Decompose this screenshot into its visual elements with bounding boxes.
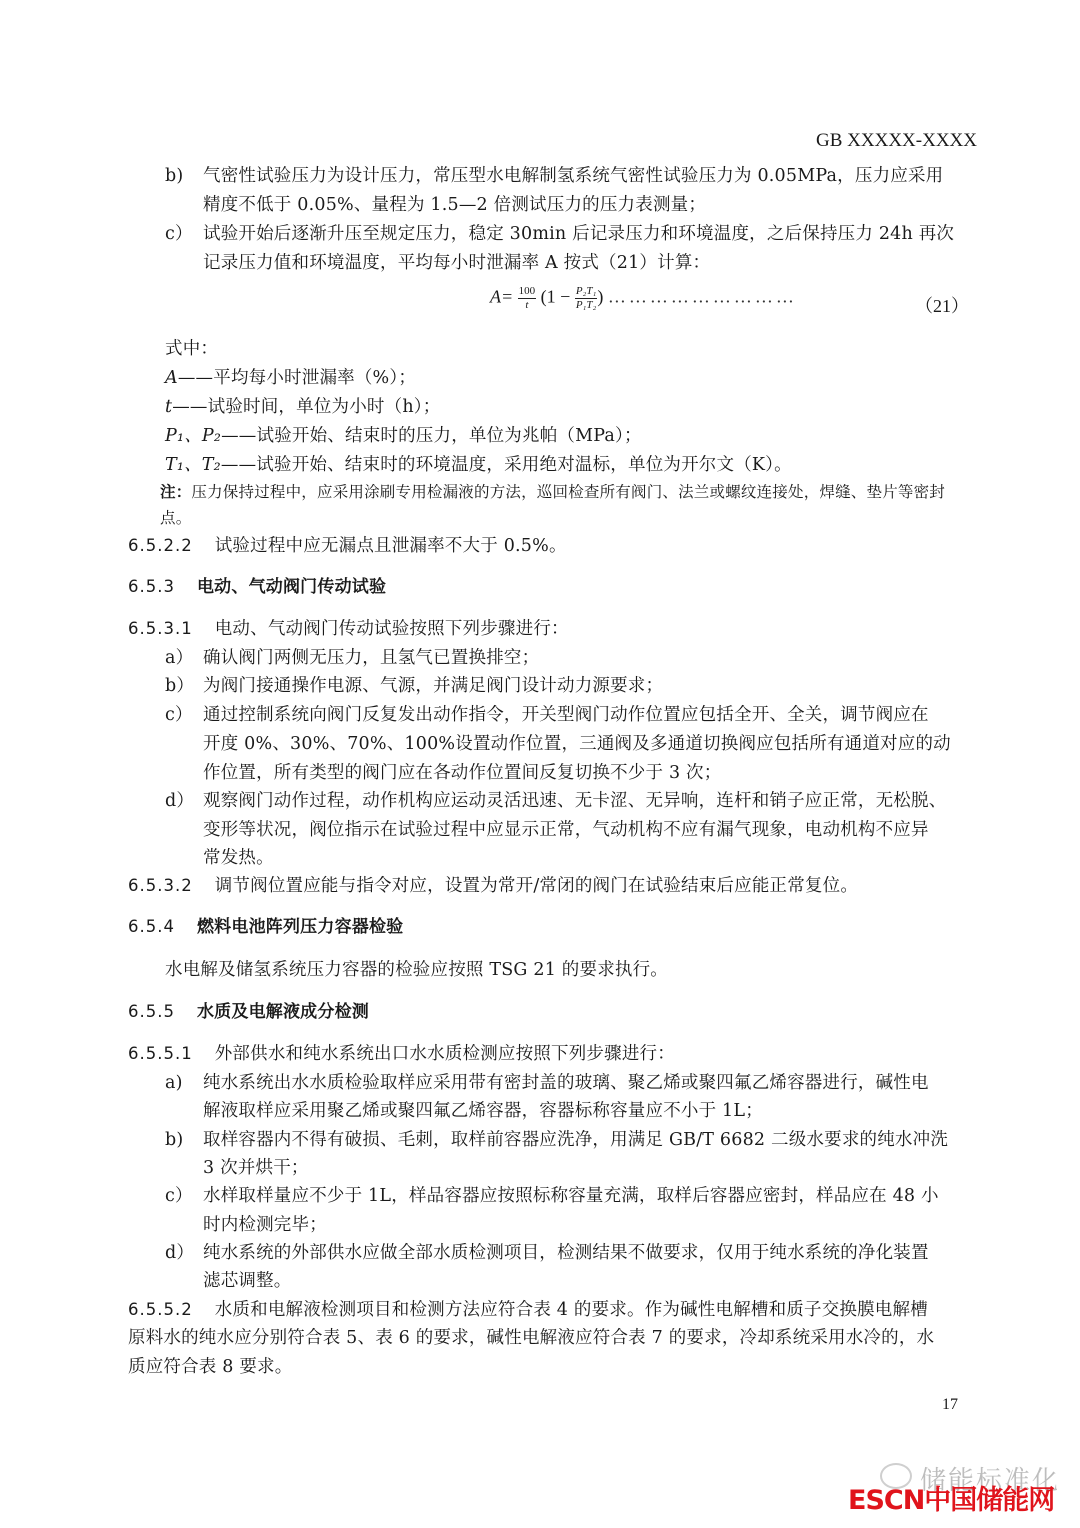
clause-number: 6.5.5.2 — [128, 1300, 193, 1319]
formula-mid: (1 − — [541, 287, 571, 307]
list-item-a: a)纯水系统出水水质检验取样应采用带有密封盖的玻璃、聚乙烯或聚四氟乙烯容器进行，… — [165, 1069, 929, 1097]
clause-6-5-3-2: 6.5.3.2调节阀位置应能与指令对应，设置为常开/常闭的阀门在试验结束后应能正… — [128, 872, 858, 900]
item-text-continued: 变形等状况，阀位指示在试验过程中应显示正常，气动机构不应有漏气现象，电动机构不应… — [203, 816, 929, 844]
item-text-continued: 时内检测完毕； — [203, 1211, 327, 1239]
section-number: 6.5.4 — [128, 917, 175, 936]
clause-text: 试验过程中应无漏点且泄漏率不大于 0.5%。 — [215, 536, 567, 556]
item-text: 确认阀门两侧无压力，且氢气已置换排空； — [203, 648, 539, 668]
item-text-continued: 滤芯调整。 — [203, 1267, 292, 1295]
symbol: T₁、T₂ — [165, 455, 221, 475]
symbol: P₁、P₂ — [165, 426, 221, 446]
clause-6-5-2-2: 6.5.2.2试验过程中应无漏点且泄漏率不大于 0.5%。 — [128, 532, 567, 560]
list-item-c: c）水样取样量应不少于 1L，样品容器应按照标称容量充满，取样后容器应密封，样品… — [165, 1182, 939, 1210]
numerator: 100 — [518, 285, 537, 299]
definition-text: ——试验时间，单位为小时（h）； — [172, 397, 440, 417]
note-text: 压力保持过程中，应采用涂刷专用检漏液的方法，巡回检查所有阀门、法兰或螺纹连接处，… — [191, 483, 945, 501]
dot-leader: ……………………… — [608, 287, 797, 307]
item-text: 纯水系统出水水质检验取样应采用带有密封盖的玻璃、聚乙烯或聚四氟乙烯容器进行，碱性… — [203, 1073, 929, 1093]
item-label: d） — [165, 1239, 203, 1267]
denominator: t — [518, 299, 537, 312]
definition-text: ——试验开始、结束时的压力，单位为兆帕（MPa）； — [221, 426, 642, 446]
note: 注：压力保持过程中，应采用涂刷专用检漏液的方法，巡回检查所有阀门、法兰或螺纹连接… — [160, 478, 945, 506]
list-item-a: a）确认阀门两侧无压力，且氢气已置换排空； — [165, 644, 539, 672]
definition-text: ——平均每小时泄漏率（%）； — [178, 368, 416, 388]
denominator: P₁T₂ — [575, 299, 598, 312]
item-label: d） — [165, 787, 203, 815]
item-text-continued: 3 次并烘干； — [203, 1154, 309, 1182]
section-number: 6.5.3 — [128, 577, 175, 596]
fraction-pressure-temp: P₂T₁P₁T₂ — [575, 285, 598, 312]
clause-text: 调节阀位置应能与指令对应，设置为常开/常闭的阀门在试验结束后应能正常复位。 — [215, 876, 858, 896]
definition-t: t——试验时间，单位为小时（h）； — [165, 393, 440, 421]
item-label: b) — [165, 1126, 203, 1154]
clause-number: 6.5.3.2 — [128, 876, 193, 895]
item-text: 通过控制系统向阀门反复发出动作指令，开关型阀门动作位置应包括全开、全关，调节阀应… — [203, 705, 929, 725]
item-text: 取样容器内不得有破损、毛刺，取样前容器应洗净，用满足 GB/T 6682 二级水… — [203, 1130, 948, 1150]
note-text-continued: 点。 — [160, 504, 191, 532]
item-label: a) — [165, 1069, 203, 1097]
clause-text-continued: 质应符合表 8 要求。 — [128, 1353, 292, 1381]
item-label: b） — [165, 672, 203, 700]
clause-6-5-5-2: 6.5.5.2水质和电解液检测项目和检测方法应符合表 4 的要求。作为碱性电解槽… — [128, 1296, 928, 1324]
item-text-continued: 解液取样应采用聚乙烯或聚四氟乙烯容器，容器标称容量应不小于 1L； — [203, 1097, 763, 1125]
list-item-b: b）为阀门接通操作电源、气源，并满足阀门设计动力源要求； — [165, 672, 663, 700]
clause-text: 水质和电解液检测项目和检测方法应符合表 4 的要求。作为碱性电解槽和质子交换膜电… — [215, 1300, 928, 1320]
definition-A: A——平均每小时泄漏率（%）； — [165, 364, 416, 392]
list-item-d: d）观察阀门动作过程，动作机构应运动灵活迅速、无卡涩、无异响，连杆和销子应正常，… — [165, 787, 946, 815]
numerator: P₂T₁ — [575, 285, 598, 299]
list-item-c: c）通过控制系统向阀门反复发出动作指令，开关型阀门动作位置应包括全开、全关，调节… — [165, 701, 929, 729]
item-text: 为阀门接通操作电源、气源，并满足阀门设计动力源要求； — [203, 676, 663, 696]
fraction-100-over-t: 100t — [518, 285, 537, 312]
definition-P: P₁、P₂——试验开始、结束时的压力，单位为兆帕（MPa）； — [165, 422, 642, 450]
list-item-b: b)气密性试验压力为设计压力，常压型水电解制氢系统气密性试验压力为 0.05MP… — [165, 162, 943, 190]
formula-lhs: A= — [490, 287, 513, 307]
section-heading-6-5-3: 6.5.3电动、气动阀门传动试验 — [128, 573, 386, 601]
escn-logo: ESCN中国储能网 — [848, 1478, 1054, 1517]
list-item-b: b)取样容器内不得有破损、毛刺，取样前容器应洗净，用满足 GB/T 6682 二… — [165, 1126, 948, 1154]
note-label: 注： — [160, 483, 191, 501]
definition-text: ——试验开始、结束时的环境温度，采用绝对温标，单位为开尔文（K）。 — [221, 455, 792, 475]
section-title: 燃料电池阵列压力容器检验 — [197, 917, 403, 937]
item-label: c） — [165, 1182, 203, 1210]
clause-text-continued: 原料水的纯水应分别符合表 5、表 6 的要求，碱性电解液应符合表 7 的要求，冷… — [128, 1324, 934, 1352]
page-number: 17 — [942, 1396, 958, 1414]
section-title: 水质及电解液成分检测 — [197, 1002, 369, 1022]
clause-6-5-5-1: 6.5.5.1外部供水和纯水系统出口水水质检测应按照下列步骤进行： — [128, 1040, 675, 1068]
item-text: 纯水系统的外部供水应做全部水质检测项目，检测结果不做要求，仅用于纯水系统的净化装… — [203, 1243, 929, 1263]
symbol: A — [165, 368, 178, 388]
item-label: a） — [165, 644, 203, 672]
item-text: 气密性试验压力为设计压力，常压型水电解制氢系统气密性试验压力为 0.05MPa，… — [203, 166, 943, 186]
list-item-d: d）纯水系统的外部供水应做全部水质检测项目，检测结果不做要求，仅用于纯水系统的净… — [165, 1239, 929, 1267]
equation-number: （21） — [915, 292, 969, 318]
clause-text: 电动、气动阀门传动试验按照下列步骤进行： — [215, 619, 569, 639]
formula-21: A= 100t (1 − P₂T₁P₁T₂) ……………………… — [490, 285, 797, 312]
definition-T: T₁、T₂——试验开始、结束时的环境温度，采用绝对温标，单位为开尔文（K）。 — [165, 451, 792, 479]
formula-close: ) — [597, 287, 603, 307]
list-item-c: c）试验开始后逐渐升压至规定压力，稳定 30min 后记录压力和环境温度，之后保… — [165, 220, 954, 248]
clause-number: 6.5.5.1 — [128, 1044, 193, 1063]
item-text: 水样取样量应不少于 1L，样品容器应按照标称容量充满，取样后容器应密封，样品应在… — [203, 1186, 939, 1206]
clause-text: 外部供水和纯水系统出口水水质检测应按照下列步骤进行： — [215, 1044, 675, 1064]
section-body: 水电解及储氢系统压力容器的检验应按照 TSG 21 的要求执行。 — [165, 956, 668, 984]
item-text-continued: 精度不低于 0.05%、量程为 1.5—2 倍测试压力的压力表测量； — [203, 191, 706, 219]
section-title: 电动、气动阀门传动试验 — [197, 577, 386, 597]
item-text-continued: 记录压力值和环境温度，平均每小时泄漏率 A 按式（21）计算： — [203, 249, 710, 277]
section-heading-6-5-5: 6.5.5水质及电解液成分检测 — [128, 998, 369, 1026]
document-code: GB XXXXX-XXXX — [816, 130, 977, 152]
item-label: b) — [165, 162, 203, 190]
section-number: 6.5.5 — [128, 1002, 175, 1021]
clause-number: 6.5.2.2 — [128, 536, 193, 555]
clause-6-5-3-1: 6.5.3.1电动、气动阀门传动试验按照下列步骤进行： — [128, 615, 569, 643]
item-text-continued: 作位置，所有类型的阀门应在各动作位置间反复切换不少于 3 次； — [203, 759, 721, 787]
item-text-continued: 常发热。 — [203, 844, 274, 872]
item-text: 试验开始后逐渐升压至规定压力，稳定 30min 后记录压力和环境温度，之后保持压… — [203, 224, 954, 244]
clause-number: 6.5.3.1 — [128, 619, 193, 638]
item-text: 观察阀门动作过程，动作机构应运动灵活迅速、无卡涩、无异响，连杆和销子应正常，无松… — [203, 791, 946, 811]
item-text-continued: 开度 0%、30%、70%、100%设置动作位置，三通阀及多通道切换阀应包括所有… — [203, 730, 951, 758]
item-label: c） — [165, 701, 203, 729]
section-heading-6-5-4: 6.5.4燃料电池阵列压力容器检验 — [128, 913, 403, 941]
item-label: c） — [165, 220, 203, 248]
where-title: 式中： — [165, 335, 218, 363]
